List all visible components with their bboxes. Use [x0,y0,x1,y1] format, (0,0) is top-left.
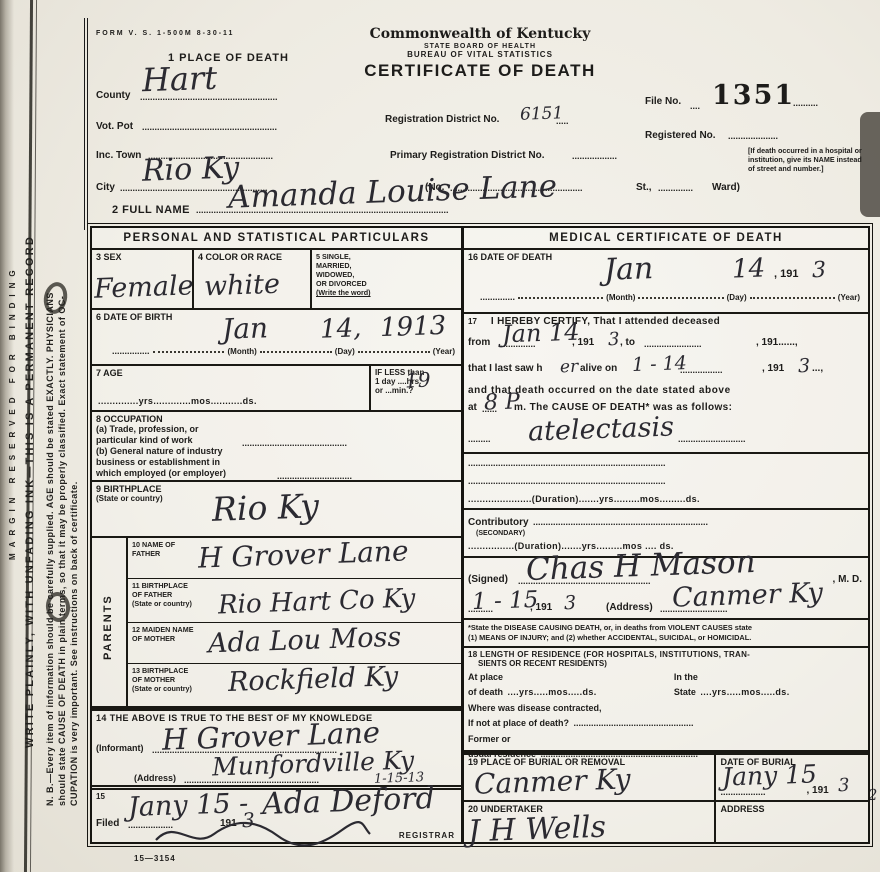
at-place-1: At place [468,672,674,682]
footnote-line: *State the DISEASE CAUSING DEATH, or, in… [468,623,864,633]
form-left-border [84,18,85,230]
contributory-label: Contributory [468,517,529,528]
marital-label-line: OR DIVORCED [316,279,457,288]
cause-intro: m. The CAUSE OF DEATH* was as follows: [514,402,732,413]
from-date-value: Jan 14 [502,318,580,349]
in-the-1: In the [674,672,864,682]
from-label: from [468,337,490,348]
dod-year-value: 3 [812,258,827,283]
secondary-label: (SECONDARY) [476,530,864,537]
burial-year-value: 3 [838,775,850,796]
margin-write-plainly-text: WRITE PLAINLY, WITH UNFADING INK—THIS IS… [24,235,36,748]
mother-birthplace-row: 13 BIRTHPLACE OF MOTHER (State or countr… [128,664,461,706]
signed-date-dots: .......... [468,604,493,614]
marital-label-line: 5 SINGLE, [316,252,457,261]
registered-no-dots: .................... [728,131,778,141]
city-value: Rio Ky [141,150,239,188]
at-place-units: ....yrs.....mos.....ds. [507,687,596,697]
board-line: STATE BOARD OF HEALTH [360,43,600,50]
age-cell: 7 AGE ..............yrs.............mos.… [92,366,369,410]
cause-of-death-value: atelectasis [528,411,675,447]
occupation-a-dots: ........................................… [242,438,347,448]
leader-line [358,339,430,353]
full-name-label: 2 FULL NAME [112,204,190,216]
occupation-a1: (a) Trade, profession, or [96,424,457,435]
if-less-cell: IF LESS than 1 day ....hrs. or ...min.? … [369,366,461,410]
cause-dots: ......... [468,434,491,444]
sex-label: 3 SEX [96,252,188,262]
personal-title: PERSONAL AND STATISTICAL PARTICULARS [92,228,461,250]
mother-name-row: 12 MAIDEN NAME OF MOTHER Ada Lou Moss [128,623,461,664]
burial-date-dots: .................. [720,787,765,797]
mother-name-value: Ada Lou Moss [208,622,402,660]
file-no-label: File No. [645,96,681,107]
mother-bp-value: Rockfield Ky [228,661,399,698]
md-label: , M. D. [833,574,862,585]
father-name-value: H Grover Lane [197,534,409,574]
dod-month: Jan [603,251,653,288]
margin-nb-line: CUPATION is very important. See instruct… [68,292,80,806]
father-bp-value: Rio Hart Co Ky [218,584,416,621]
residence-heading: 18 LENGTH OF RESIDENCE (FOR HOSPITALS, I… [468,650,864,659]
occupation-label: 8 OCCUPATION [96,414,457,424]
dod-captions: .............. (Month) (Day) (Year) [480,285,860,302]
parents-label-text: PARENTS [102,594,114,660]
contributory-line: Contributory ...........................… [468,512,864,530]
contracted-line-2: If not at place of death? ..............… [468,713,864,731]
dots: ............... [112,346,150,356]
medical-column: MEDICAL CERTIFICATE OF DEATH 16 DATE OF … [464,228,868,842]
city-label: City [96,182,115,193]
dod-label: 16 DATE OF DEATH [468,252,864,262]
marital-label-line: MARRIED, [316,261,457,270]
undertaker-cell: 20 UNDERTAKER J H Wells [464,802,714,844]
sex-value: Female [93,270,194,304]
registered-no-label: Registered No. [645,130,716,141]
signed-year-value: 3 [564,592,577,614]
last-saw-comma: ..., [812,363,823,374]
certify-no: 17 [468,317,477,326]
month-caption: (Month) [227,347,256,356]
day-caption: (Day) [727,293,747,302]
age-label: 7 AGE [96,368,365,378]
st-dots: .............. [658,183,693,193]
residence-at-place-line: At place of death ....yrs.....mos.....ds… [468,672,864,700]
at-place-2: of death [468,687,503,697]
dod-day: 14 [731,253,765,284]
masthead: Commonwealth of Kentucky STATE BOARD OF … [360,26,600,81]
from-year-value: 3 [608,329,620,350]
certificate-title: CERTIFICATE OF DEATH [360,61,600,81]
undertaker-address-cell: ADDRESS [714,802,868,844]
burial-date-cell: DATE OF BURIAL Jany 15 .................… [714,755,868,800]
leader-line [638,285,723,299]
at-place-group: At place of death ....yrs.....mos.....ds… [468,672,674,700]
personal-column: PERSONAL AND STATISTICAL PARTICULARS 3 S… [92,228,464,842]
race-label: 4 COLOR OR RACE [198,252,306,262]
registration-district-dots: ..... [556,116,569,126]
burial-place-value: Canmer Ky [473,762,631,800]
occurred-line: and that death occurred on the date stat… [468,385,864,396]
parents-vertical-label: PARENTS [92,538,128,706]
overlapping-signature-squiggle [152,816,372,850]
inc-town-label: Inc. Town [96,150,141,161]
registration-district-label: Registration District No. [385,114,499,125]
in-state-group: In the State ....yrs.....mos.....ds. [674,672,864,700]
from-191: , 191 [572,337,594,348]
undertaker-signature: J H Wells [467,810,606,850]
leader-line [750,285,835,299]
to-label: , to [620,337,635,348]
filed-label: Filed [96,818,119,829]
month-caption: (Month) [606,293,635,302]
dod-191: , 191 [774,268,798,280]
birthplace-value: Rio Ky [211,486,319,529]
burial-191: , 191 [806,785,828,796]
physician-address-value: Canmer Ky [672,577,824,613]
cause-dots: ........................... [678,434,746,444]
signed-date-line: 1 - 15 .......... , 191 3 (Address) ....… [468,590,864,618]
race-cell: 4 COLOR OR RACE white [192,250,310,308]
leader-line [518,285,603,299]
former-1: Former or [468,734,864,744]
certificate-body: PERSONAL AND STATISTICAL PARTICULARS 3 S… [90,226,870,844]
cause-line: ......... atelectasis ..................… [468,418,864,448]
if-less-hours-value: 19 [405,368,431,393]
leader-line [153,339,225,353]
last-saw-pre: that I last saw h [468,363,542,374]
occupation-b2: business or establishment in [96,457,457,468]
contributory-dots: ........................................… [533,517,708,527]
burial-place-cell: 19 PLACE OF BURIAL OR REMOVAL Canmer Ky [464,755,714,803]
last-saw-dots: ................. [680,365,723,375]
year-caption: (Year) [433,347,455,356]
signed-191: , 191 [530,602,552,613]
father-birthplace-row: 11 BIRTHPLACE OF FATHER (State or countr… [128,579,461,623]
residence-heading-2: SIENTS OR RECENT RESIDENTS) [478,659,864,668]
vot-pot-dots: ........................................… [142,122,277,132]
form-number: FORM V. S. 1-500M 8-30-11 [96,30,234,37]
violent-causes-footnote: *State the DISEASE CAUSING DEATH, or, in… [464,620,868,648]
file-no-dots: .......... [793,98,818,108]
day-caption: (Day) [335,347,355,356]
margin-binding-text: MARGIN RESERVED FOR BINDING [8,264,17,560]
primary-district-label: Primary Registration District No. [390,150,544,161]
contracted-1: Where was disease contracted, [468,703,864,713]
father-name-row: 10 NAME OF FATHER H Grover Lane [128,538,461,579]
marital-label-line: WIDOWED, [316,270,457,279]
marital-cell: 5 SINGLE, MARRIED, WIDOWED, OR DIVORCED … [310,250,461,308]
attended-from-line: from ............... Jan 14 , 191 3 , to… [468,327,864,353]
primary-district-dots: .................. [572,151,617,161]
parents-rows: 10 NAME OF FATHER H Grover Lane 11 BIRTH… [128,538,461,706]
file-no-value: 1351 [712,80,795,111]
vot-pot-label: Vot. Pot [96,121,133,132]
contracted-2: If not at place of death? [468,718,569,728]
race-value: white [203,269,280,303]
duration-line: ......................(Duration).......y… [468,494,864,504]
blank-dotted-line: ........................................… [468,458,864,468]
contracted-dots: ........................................… [573,718,693,728]
margin-nb-line: N. B.—Every item of information should b… [44,292,56,806]
age-units: ..............yrs.............mos.......… [98,396,257,406]
margin-nb-line: should state CAUSE OF DEATH in plain ter… [56,292,68,806]
bureau-line: BUREAU OF VITAL STATISTICS [360,50,600,59]
signed-label: (Signed) [468,574,508,585]
blank-dotted-line: ........................................… [468,476,864,486]
marital-write-word: (Write the word) [316,288,457,297]
form-footer-number: 15—3154 [134,854,176,863]
county-value: Hart [141,59,217,100]
to-191: , 191......, [756,337,798,348]
last-saw-year-value: 3 [798,355,811,377]
last-saw-er: er [560,357,579,378]
dob-captions: ............... (Month) (Day) (Year) [112,339,455,356]
registrar-label: REGISTRAR [399,831,455,840]
in-the-2: State [674,687,696,697]
full-name-value: Amanda Louise Lane [227,168,557,215]
address-label: (Address) [134,773,176,783]
undertaker-address-label: ADDRESS [720,804,864,814]
commonwealth-line: Commonwealth of Kentucky [360,26,600,42]
footnote-line: (1) MEANS OF INJURY; and (2) whether ACC… [468,633,864,643]
medical-title: MEDICAL CERTIFICATE OF DEATH [464,228,868,250]
signed-address-label: (Address) [606,602,653,613]
last-saw-mid: alive on [580,363,617,374]
last-saw-191: , 191 [762,363,784,374]
death-certificate-scan: 2 MARGIN RESERVED FOR BINDING WRITE PLAI… [0,0,880,872]
informant-label: (Informant) [96,743,144,753]
state-units: ....yrs.....mos.....ds. [700,687,789,697]
to-dots: ....................... [644,339,702,349]
year-caption: (Year) [838,293,860,302]
ward-label: Ward) [712,182,740,193]
county-label: County [96,90,130,101]
occupation-b-dots: .............................. [277,471,352,481]
leader-line [260,339,332,353]
last-saw-date-value: 1 - 14 [632,352,688,376]
sex-cell: 3 SEX Female [92,250,192,308]
hospital-note: [If death occurred in a hospital or inst… [748,146,866,173]
last-saw-line: that I last saw h er alive on 1 - 14 ...… [468,353,864,379]
dots: .............. [480,292,515,302]
st-label: St., [636,182,652,193]
at-label: at [468,402,477,413]
margin-nb-text: N. B.—Every item of information should b… [44,292,80,806]
